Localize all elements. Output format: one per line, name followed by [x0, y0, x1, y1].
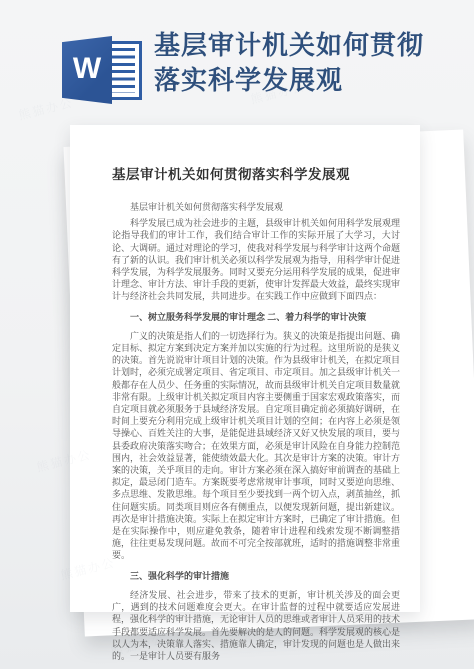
doc-body: 基层审计机关如何贯彻落实科学发展观科学发展已成为社会进步的主题，县级审计机关如何… [112, 201, 400, 662]
doc-section-heading: 三、强化科学的审计措施 [112, 570, 400, 582]
word-file-icon: W [62, 36, 142, 104]
page-title-line1: 基层审计机关如何贯彻 [154, 28, 464, 63]
page-title-line2: 落实科学发展观 [154, 63, 464, 98]
preview-header: W 基层审计机关如何贯彻 落实科学发展观 [0, 0, 474, 125]
page-title: 基层审计机关如何贯彻 落实科学发展观 [154, 28, 464, 98]
document-content: 基层审计机关如何贯彻落实科学发展观 基层审计机关如何贯彻落实科学发展观科学发展已… [70, 125, 420, 612]
word-icon-panel: W [62, 36, 112, 104]
document-heading: 基层审计机关如何贯彻落实科学发展观 [112, 163, 400, 183]
document-preview-page: 基层审计机关如何贯彻落实科学发展观 基层审计机关如何贯彻落实科学发展观科学发展已… [70, 125, 420, 612]
doc-paragraph: 科学发展已成为社会进步的主题，县级审计机关如何用科学发展观理论指导我们的审计工作… [112, 217, 400, 302]
doc-paragraph: 广义的决策是指人们的一切选择行为。狭义的决策是指提出问题、确定目标、拟定方案到决… [112, 330, 400, 562]
doc-paragraph: 基层审计机关如何贯彻落实科学发展观 [112, 201, 400, 213]
word-icon-letter: W [73, 54, 101, 86]
doc-section-heading: 一、树立服务科学发展的审计理念 二、着力科学的审计决策 [112, 311, 400, 323]
doc-paragraph: 经济发展、社会进步，带来了技术的更新，审计机关涉及的面会更广，遇到的技术问题难度… [112, 589, 400, 662]
template-preview-page: { "header": { "title": "基层审计机关如何贯彻落实科学发展… [0, 0, 474, 669]
